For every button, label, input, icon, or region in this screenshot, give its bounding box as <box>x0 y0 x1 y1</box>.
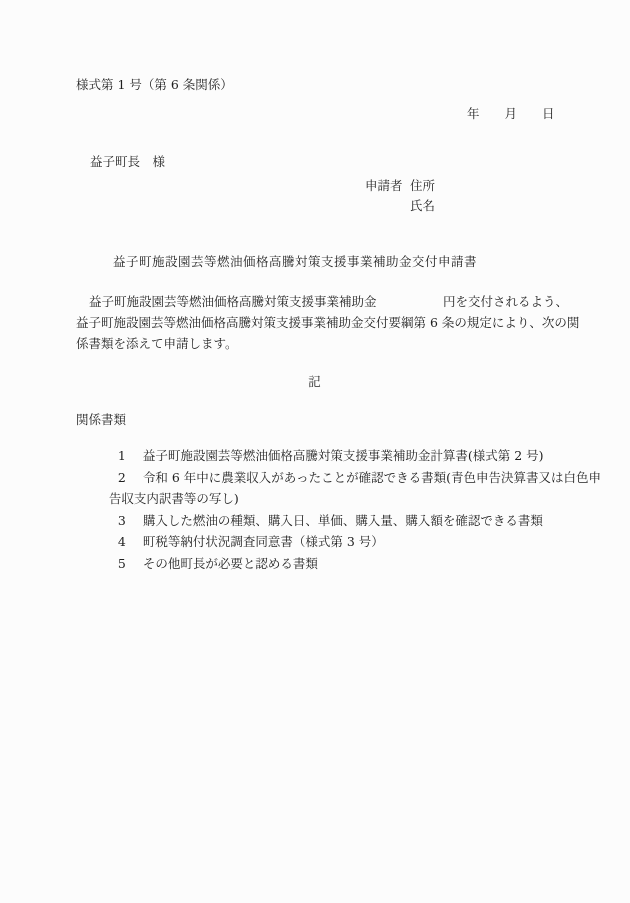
body-line1-subsidy-name: 益子町施設園芸等燃油価格高騰対策支援事業補助金 <box>89 296 377 309</box>
attachment-item-5-number: 5 <box>118 558 143 571</box>
date-line: 年 月 日 <box>467 108 555 121</box>
addressee-line: 益子町長 様 <box>90 156 165 169</box>
body-line3: 係書類を添えて申請します。 <box>76 338 238 351</box>
document-page: 様式第 1 号（第 6 条関係） 年 月 日 益子町長 様 申請者 住所 氏名 … <box>0 0 630 903</box>
record-marker: 記 <box>0 376 630 389</box>
body-line2: 益子町施設園芸等燃油価格高騰対策支援事業補助金交付要綱第 6 条の規定により、次… <box>76 317 579 330</box>
attachment-item-5-text: その他町長が必要と認める書類 <box>143 556 318 571</box>
document-title: 益子町施設園芸等燃油価格高騰対策支援事業補助金交付申請書 <box>113 256 477 269</box>
form-number: 様式第 1 号（第 6 条関係） <box>76 79 233 92</box>
applicant-address-label: 住所 <box>410 180 435 193</box>
attachments-heading: 関係書類 <box>76 414 126 427</box>
body-line1-amount-unit: 円を交付されるよう、 <box>443 296 568 309</box>
applicant-name-label: 氏名 <box>410 200 435 213</box>
applicant-label: 申請者 <box>365 180 403 193</box>
attachment-item-5: 5その他町長が必要と認める書類 <box>102 545 318 583</box>
